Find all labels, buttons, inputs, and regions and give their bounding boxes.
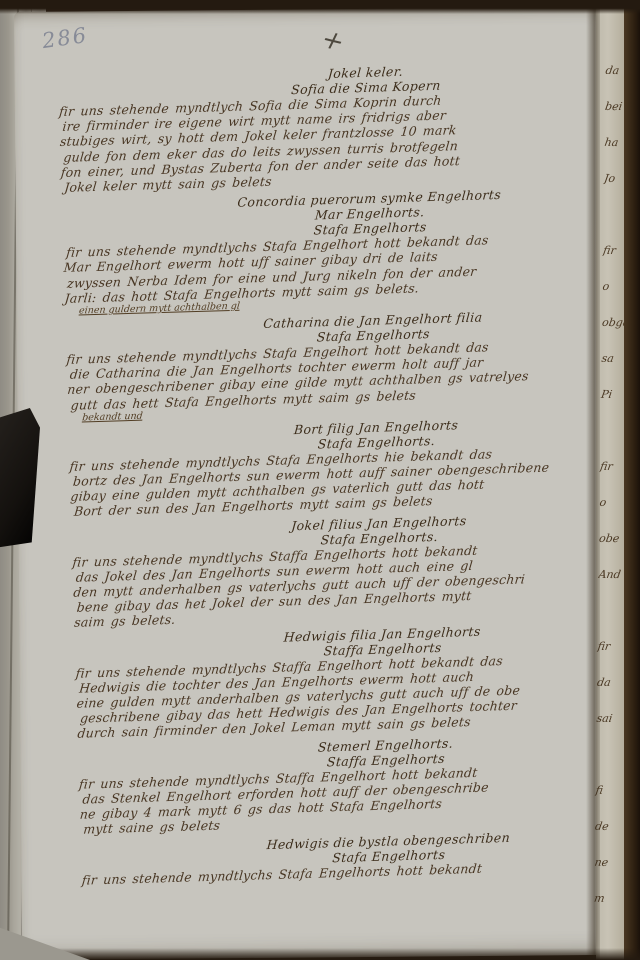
record-entry: Jokel keler.Sofia die Sima Kopernfir uns… — [58, 59, 566, 195]
record-entry: Jokel filius Jan EngelhortsStafa Engelho… — [71, 509, 579, 630]
record-entry: Hedwigis die bystla obengeschribenStafa … — [81, 827, 587, 887]
manuscript-photo: 286 + Jokel keler.Sofia die Sima Kopernf… — [0, 0, 640, 960]
background-top — [0, 0, 640, 14]
facing-text-fragment: fir — [596, 460, 628, 496]
background-bottom — [0, 948, 640, 960]
record-entry: Bort filig Jan EngelhortsStafa Engelhort… — [69, 414, 576, 520]
facing-text-fragment — [596, 424, 628, 460]
record-entry: Concordia puerorum symke EngelhortsMar E… — [62, 185, 570, 317]
book-cover-edge-right — [624, 0, 640, 960]
record-entry: Hedwigis filia Jan EngelhortsStaffa Enge… — [75, 620, 583, 741]
record-entry: Catharina die Jan Engelhort filiaStafa E… — [65, 307, 573, 424]
manuscript-text: Jokel keler.Sofia die Sima Kopernfir uns… — [58, 59, 587, 892]
book-gutter-shadow — [586, 0, 600, 960]
record-entry: Stemerl Engelhorts.Staffa Engelhortsfir … — [78, 731, 585, 837]
